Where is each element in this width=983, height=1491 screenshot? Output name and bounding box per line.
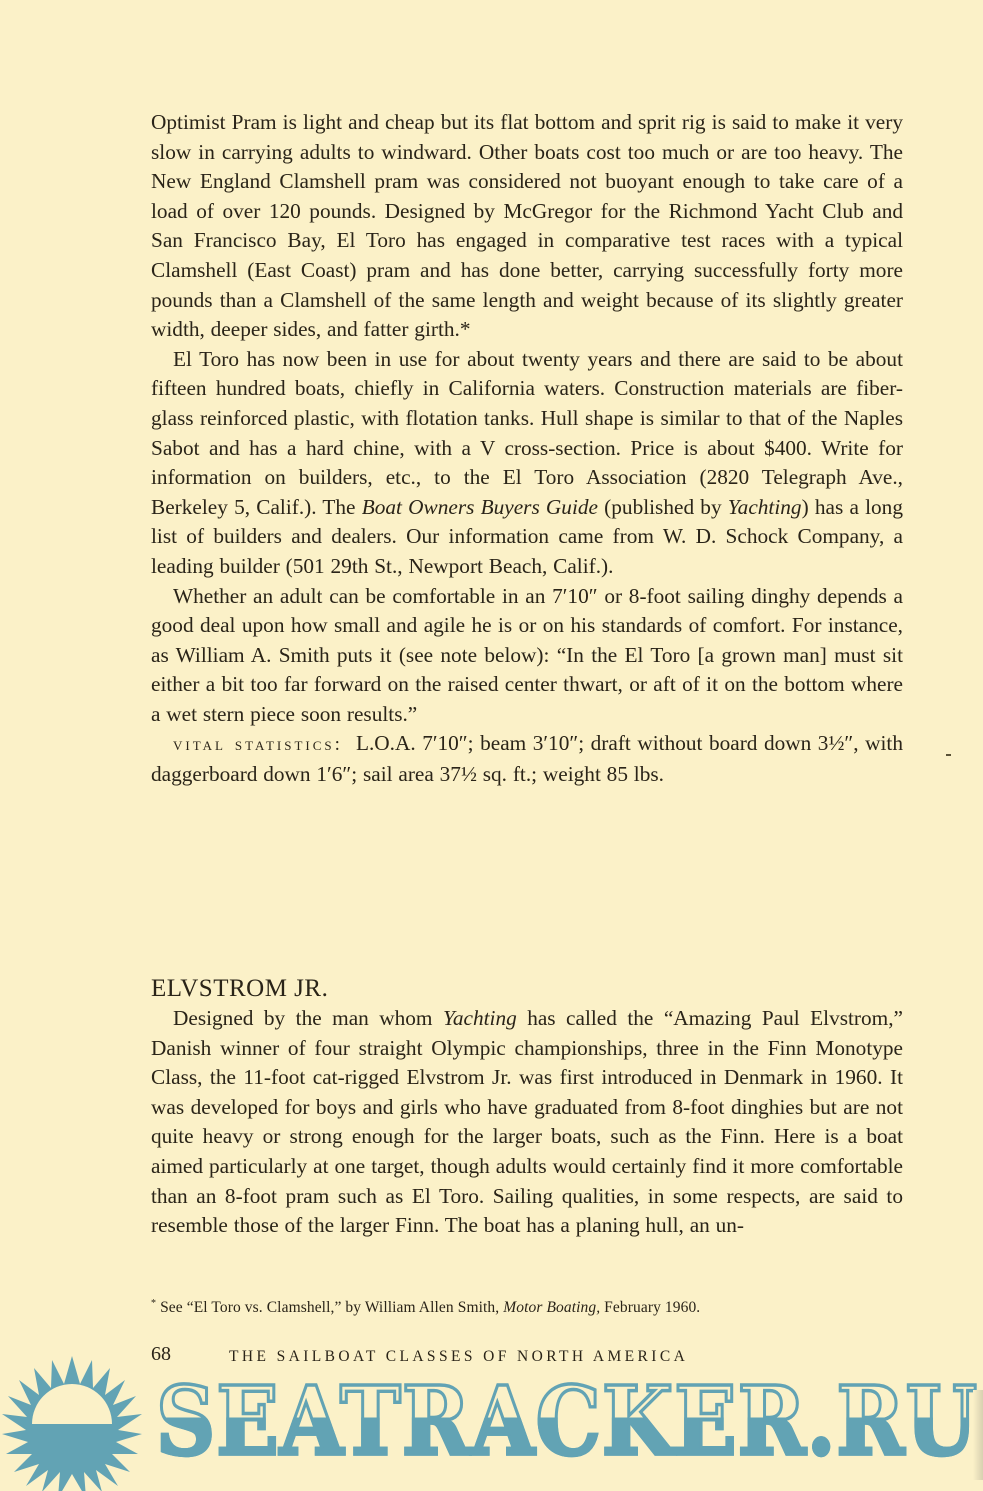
paragraph-text: El Toro has now been in use for about tw… [151, 347, 903, 519]
italic-title-yachting: Yachting [728, 495, 802, 519]
paragraph-text: Designed by the man whom [173, 1006, 443, 1030]
watermark-text: SEATRACKER.RU [156, 1370, 978, 1474]
section-heading-elvstrom-jr: ELVSTROM JR. [151, 975, 328, 1003]
paragraph-vital-statistics: Vital Statistics: L.O.A. 7′10″; beam 3′1… [151, 729, 903, 789]
page-edge-shadow [973, 1390, 983, 1480]
paragraph-adult-comfort: Whether an adult can be comfortable in a… [151, 582, 903, 730]
paragraph-text: has called the “Amazing Paul Elvstrom,” … [151, 1006, 903, 1237]
body-text-el-toro: Optimist Pram is light and cheap but its… [151, 108, 903, 790]
vital-statistics-label: Vital Statistics: [173, 734, 343, 755]
paragraph-optimist-comparison: Optimist Pram is light and cheap but its… [151, 108, 903, 345]
sun-icon [2, 1356, 142, 1491]
footnote-text: See “El Toro vs. Clamshell,” by William … [156, 1299, 503, 1316]
paragraph-elvstrom-intro: Designed by the man whom Yachting has ca… [151, 1004, 903, 1241]
scan-artifact-mark [946, 754, 951, 756]
paragraph-el-toro-history: El Toro has now been in use for about tw… [151, 345, 903, 582]
body-text-elvstrom: Designed by the man whom Yachting has ca… [151, 1004, 903, 1241]
footnote-text: February 1960. [600, 1299, 700, 1316]
italic-title-motor-boating: Motor Boating, [503, 1299, 600, 1316]
paragraph-text: (published by [598, 495, 728, 519]
italic-title-yachting: Yachting [443, 1006, 517, 1030]
italic-title-boat-owners-buyers-guide: Boat Owners Buyers Guide [362, 495, 598, 519]
footnote: * See “El Toro vs. Clamshell,” by Willia… [151, 1298, 700, 1317]
